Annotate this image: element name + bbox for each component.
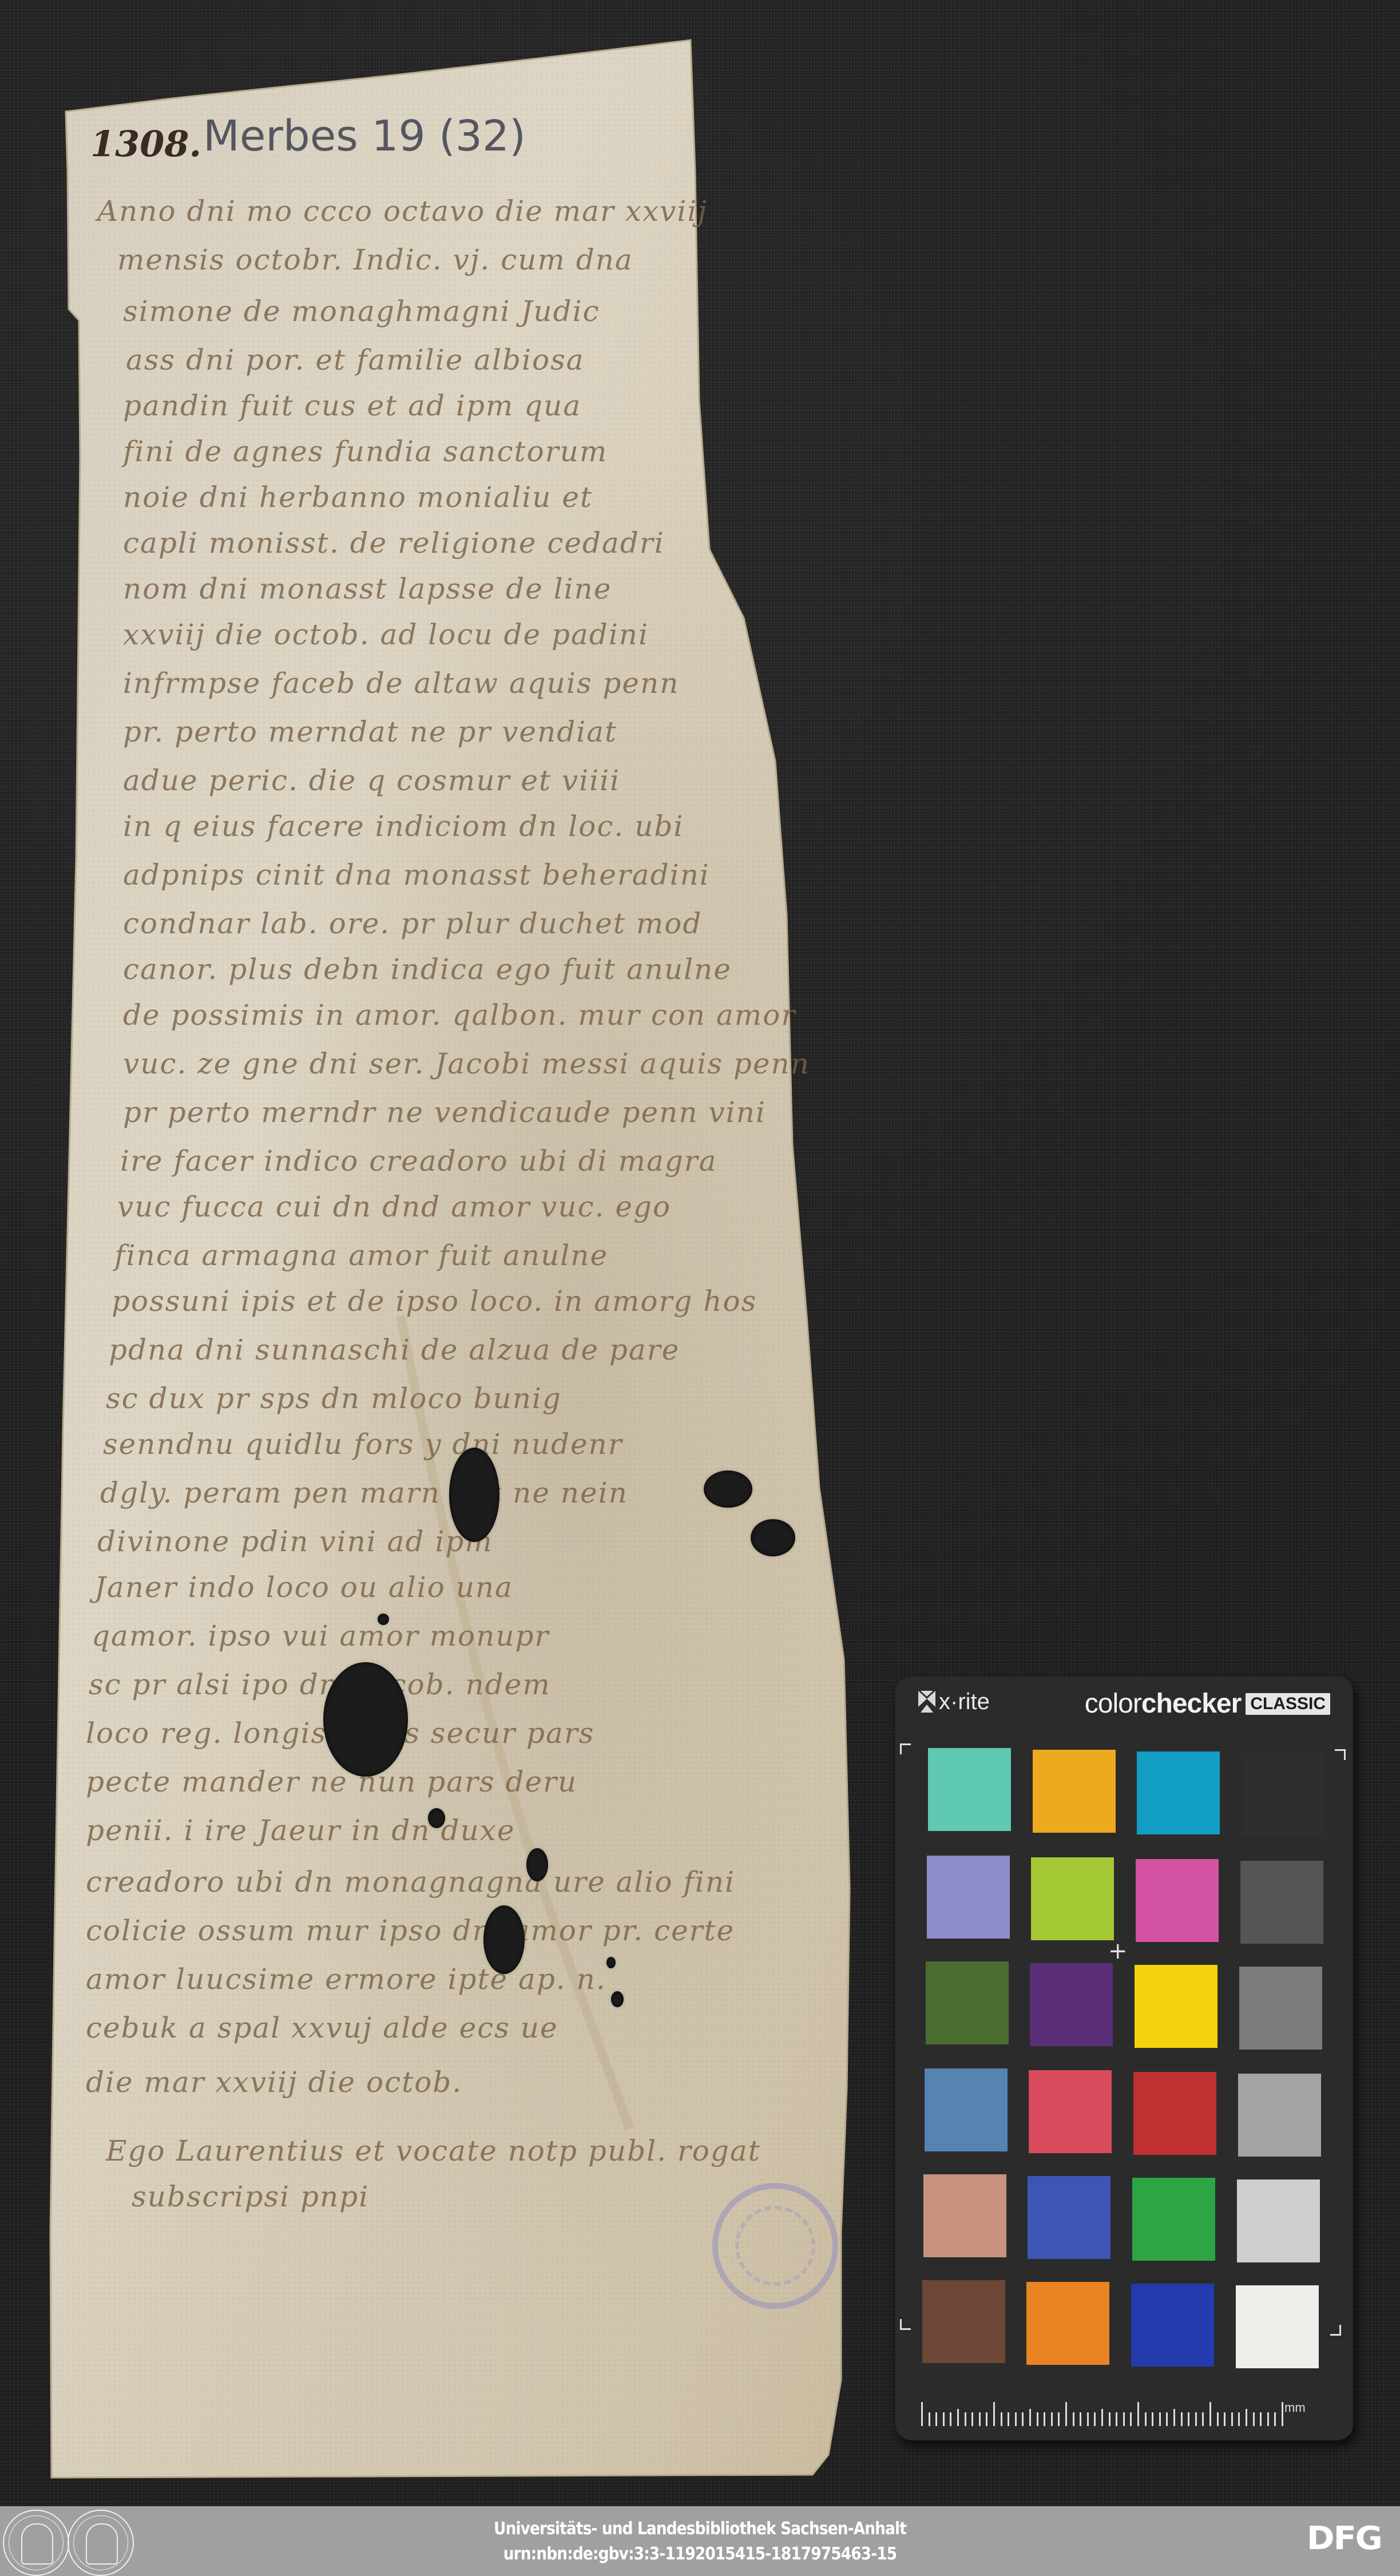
- text-line: pr perto merndr ne vendicaude penn vini: [123, 1096, 766, 1129]
- ruler-tick: [1159, 2412, 1161, 2426]
- urn-identifier: urn:nbn:de:gbv:3:3-1192015415-1817975463…: [84, 2544, 1316, 2564]
- swatch-r2c4: [1240, 1861, 1323, 1944]
- text-line: pecte mander ne nun pars deru: [86, 1765, 577, 1798]
- ruler-tick: [1166, 2412, 1168, 2426]
- ruler-tick: [1188, 2412, 1189, 2426]
- text-line: adue peric. die q cosmur et viiii: [123, 764, 620, 797]
- parchment-hole: [611, 1991, 624, 2007]
- text-line: amor luucsime ermore ipte ap. n.: [86, 1963, 606, 1996]
- ruler-tick: [1224, 2412, 1226, 2426]
- text-line: subscripsi pnpi: [132, 2180, 369, 2213]
- swatch-r5c2: [1028, 2176, 1111, 2259]
- ruler-tick: [1065, 2402, 1067, 2426]
- text-line: fini de agnes fundia sanctorum: [123, 435, 608, 468]
- swatch-r5c4: [1237, 2179, 1320, 2262]
- parchment-hole: [526, 1848, 548, 1881]
- ruler-tick: [1282, 2402, 1283, 2426]
- ruler-tick: [1130, 2412, 1132, 2426]
- text-line: Janer indo loco ou alio una: [94, 1571, 513, 1604]
- parchment-hole: [449, 1448, 499, 1542]
- swatch-r4c2: [1029, 2070, 1112, 2153]
- swatch-r4c3: [1133, 2072, 1216, 2155]
- text-line: dgly. peram pen marn dut ne nein: [100, 1476, 628, 1509]
- text-line: Anno dni mo ccco octavo die mar xxviij: [97, 195, 708, 228]
- swatch-r2c3: [1136, 1859, 1219, 1942]
- ruler-tick: [1253, 2412, 1255, 2426]
- swatch-r4c1: [925, 2068, 1008, 2151]
- ruler-tick: [950, 2412, 951, 2426]
- ruler-tick: [993, 2402, 995, 2426]
- ruler-tick: [1137, 2402, 1139, 2426]
- ruler-tick: [929, 2412, 930, 2426]
- text-line: sc dux pr sps dn mloco bunig: [106, 1382, 562, 1415]
- ruler-tick: [1238, 2412, 1240, 2426]
- ruler-tick: [1029, 2409, 1031, 2426]
- text-line: simone de monaghmagni Judic: [123, 295, 600, 328]
- parchment-hole: [606, 1957, 616, 1968]
- ruler-tick: [1217, 2412, 1219, 2426]
- ruler-tick: [1267, 2412, 1269, 2426]
- ruler-tick: [1044, 2412, 1045, 2426]
- swatch-r4c4: [1238, 2074, 1321, 2157]
- text-line: pdna dni sunnaschi de alzua de pare: [109, 1333, 680, 1366]
- text-line: vuc fucca cui dn dnd amor vuc. ego: [117, 1190, 671, 1223]
- text-line: in q eius facere indiciom dn loc. ubi: [123, 810, 684, 843]
- dfg-logo: DFG: [1307, 2524, 1382, 2554]
- ruler-tick: [1051, 2412, 1053, 2426]
- swatch-r5c3: [1132, 2178, 1215, 2261]
- parchment-hole: [704, 1471, 752, 1508]
- swatch-r5c1: [923, 2174, 1006, 2257]
- swatch-r6c1: [922, 2280, 1005, 2363]
- swatch-r1c1: [928, 1748, 1011, 1831]
- ruler-unit-label: mm: [1284, 2400, 1306, 2415]
- ruler-tick: [1152, 2412, 1153, 2426]
- xrite-wordmark: x·rite: [939, 1689, 990, 1714]
- crop-corner-icon: [1335, 1749, 1346, 1760]
- ruler-tick: [965, 2412, 966, 2426]
- swatch-r6c4: [1236, 2285, 1319, 2368]
- parchment-hole: [483, 1905, 525, 1974]
- text-line: divinone pdin vini ad ipm: [97, 1525, 493, 1558]
- text-line: noie dni herbanno monialiu et: [123, 481, 593, 514]
- text-line: penii. i ire Jaeur in dn duxe: [86, 1814, 515, 1847]
- swatch-r2c2: [1031, 1857, 1114, 1940]
- ruler-tick: [1022, 2412, 1024, 2426]
- shelfmark-pencil: Merbes 19 (32): [203, 112, 526, 161]
- swatch-r1c3: [1137, 1751, 1220, 1834]
- university-seal-halle-icon: [3, 2510, 69, 2576]
- text-line: canor. plus debn indica ego fuit anulne: [123, 953, 732, 986]
- ruler-tick: [1037, 2412, 1038, 2426]
- library-stamp: [712, 2183, 838, 2309]
- text-line: adpnips cinit dna monasst beheradini: [123, 858, 710, 891]
- crop-corner-icon: [900, 2319, 911, 2330]
- archive-number: 1308.: [90, 123, 201, 165]
- ruler-tick: [1195, 2412, 1197, 2426]
- ruler-tick: [971, 2412, 973, 2426]
- ruler-tick: [1008, 2412, 1009, 2426]
- ruler-tick: [1145, 2412, 1147, 2426]
- text-line: de possimis in amor. qalbon. mur con amo…: [123, 998, 796, 1032]
- text-line: infrmpse faceb de altaw aquis penn: [123, 667, 679, 700]
- text-line: mensis octobr. Indic. vj. cum dna: [117, 243, 633, 276]
- ruler-tick: [1101, 2409, 1103, 2426]
- parchment-hole: [428, 1808, 445, 1828]
- parchment-hole: [323, 1662, 408, 1777]
- ruler-tick: [1116, 2412, 1117, 2426]
- xrite-mark-icon: [918, 1691, 935, 1713]
- xrite-logo: x·rite: [918, 1689, 990, 1715]
- ruler-tick: [1231, 2412, 1233, 2426]
- color-checker-card: x·rite colorcheckerCLASSIC + mm: [895, 1677, 1353, 2440]
- ruler-tick: [1274, 2412, 1276, 2426]
- ruler-tick: [1181, 2412, 1183, 2426]
- text-line: senndnu quidlu fors y dni nudenr: [103, 1428, 623, 1461]
- classic-badge: CLASSIC: [1246, 1693, 1330, 1715]
- crop-corner-icon: [1330, 2325, 1341, 2336]
- ruler-tick: [943, 2412, 945, 2426]
- mm-ruler: [921, 2400, 1287, 2426]
- parchment-hole: [378, 1614, 389, 1625]
- colorchecker-bold: checker: [1141, 1689, 1241, 1719]
- text-line: colicie ossum mur ipso dni amor pr. cert…: [86, 1914, 735, 1947]
- ruler-tick: [1058, 2412, 1060, 2426]
- text-line: condnar lab. ore. pr plur duchet mod: [123, 907, 702, 940]
- text-line: capli monisst. de religione cedadri: [123, 526, 665, 560]
- colorchecker-logo: colorcheckerCLASSIC: [1085, 1688, 1330, 1719]
- crosshair-icon: +: [1108, 1940, 1128, 1963]
- swatch-r2c1: [927, 1856, 1010, 1939]
- ruler-tick: [986, 2412, 987, 2426]
- swatch-r1c2: [1033, 1750, 1116, 1833]
- swatch-r3c3: [1135, 1965, 1217, 2048]
- ruler-tick: [1001, 2412, 1002, 2426]
- ruler-tick: [1094, 2412, 1096, 2426]
- text-line: sc pr alsi ipo dni Jacob. ndem: [89, 1668, 551, 1701]
- swatch-r3c2: [1030, 1963, 1113, 2046]
- text-line: vuc. ze gne dni ser. Jacobi messi aquis …: [123, 1047, 810, 1080]
- text-line: pandin fuit cus et ad ipm qua: [123, 389, 581, 422]
- parchment-hole: [751, 1519, 795, 1556]
- ruler-tick: [957, 2409, 959, 2426]
- ruler-tick: [1209, 2402, 1211, 2426]
- crop-corner-icon: [900, 1743, 911, 1754]
- ruler-tick: [1087, 2412, 1089, 2426]
- swatch-r6c2: [1026, 2282, 1109, 2365]
- ruler-tick: [1173, 2409, 1175, 2426]
- text-line: nom dni monasst lapsse de line: [123, 572, 612, 605]
- ruler-tick: [1073, 2412, 1074, 2426]
- text-line: creadoro ubi dn monagnagna ure alio fini: [86, 1865, 735, 1899]
- footer-bar: Universitäts- und Landesbibliothek Sachs…: [0, 2506, 1400, 2576]
- text-line: ire facer indico creadoro ubi di magra: [120, 1144, 717, 1178]
- ruler-tick: [1260, 2412, 1262, 2426]
- notary-signature: Ego Laurentius et vocate notp publ. roga…: [106, 2134, 761, 2167]
- text-line: cebuk a spal xxvuj alde ecs ue: [86, 2011, 558, 2044]
- colorchecker-regular: color: [1085, 1689, 1141, 1719]
- swatch-r6c3: [1131, 2284, 1214, 2367]
- text-line: die mar xxviij die octob.: [86, 2066, 462, 2099]
- text-line: finca armagna amor fuit anulne: [114, 1239, 608, 1272]
- text-line: pr. perto merndat ne pr vendiat: [123, 715, 617, 748]
- ruler-tick: [1015, 2412, 1017, 2426]
- swatch-r3c1: [926, 1961, 1009, 2044]
- institution-name: Universitäts- und Landesbibliothek Sachs…: [84, 2519, 1316, 2539]
- text-line: xxviij die octob. ad locu de padini: [123, 618, 649, 651]
- swatch-r1c4: [1242, 1753, 1324, 1836]
- ruler-tick: [1123, 2412, 1125, 2426]
- ruler-tick: [1202, 2412, 1204, 2426]
- text-line: possuni ipis et de ipso loco. in amorg h…: [112, 1285, 757, 1318]
- ruler-tick: [979, 2412, 981, 2426]
- text-line: qamor. ipso vui amor monupr: [92, 1619, 549, 1652]
- ruler-tick: [935, 2412, 937, 2426]
- ruler-tick: [1109, 2412, 1111, 2426]
- ruler-tick: [921, 2402, 923, 2426]
- swatch-r3c4: [1239, 1967, 1322, 2050]
- text-line: ass dni por. et familie albiosa: [126, 343, 585, 377]
- ruler-tick: [1080, 2412, 1081, 2426]
- ruler-tick: [1246, 2409, 1247, 2426]
